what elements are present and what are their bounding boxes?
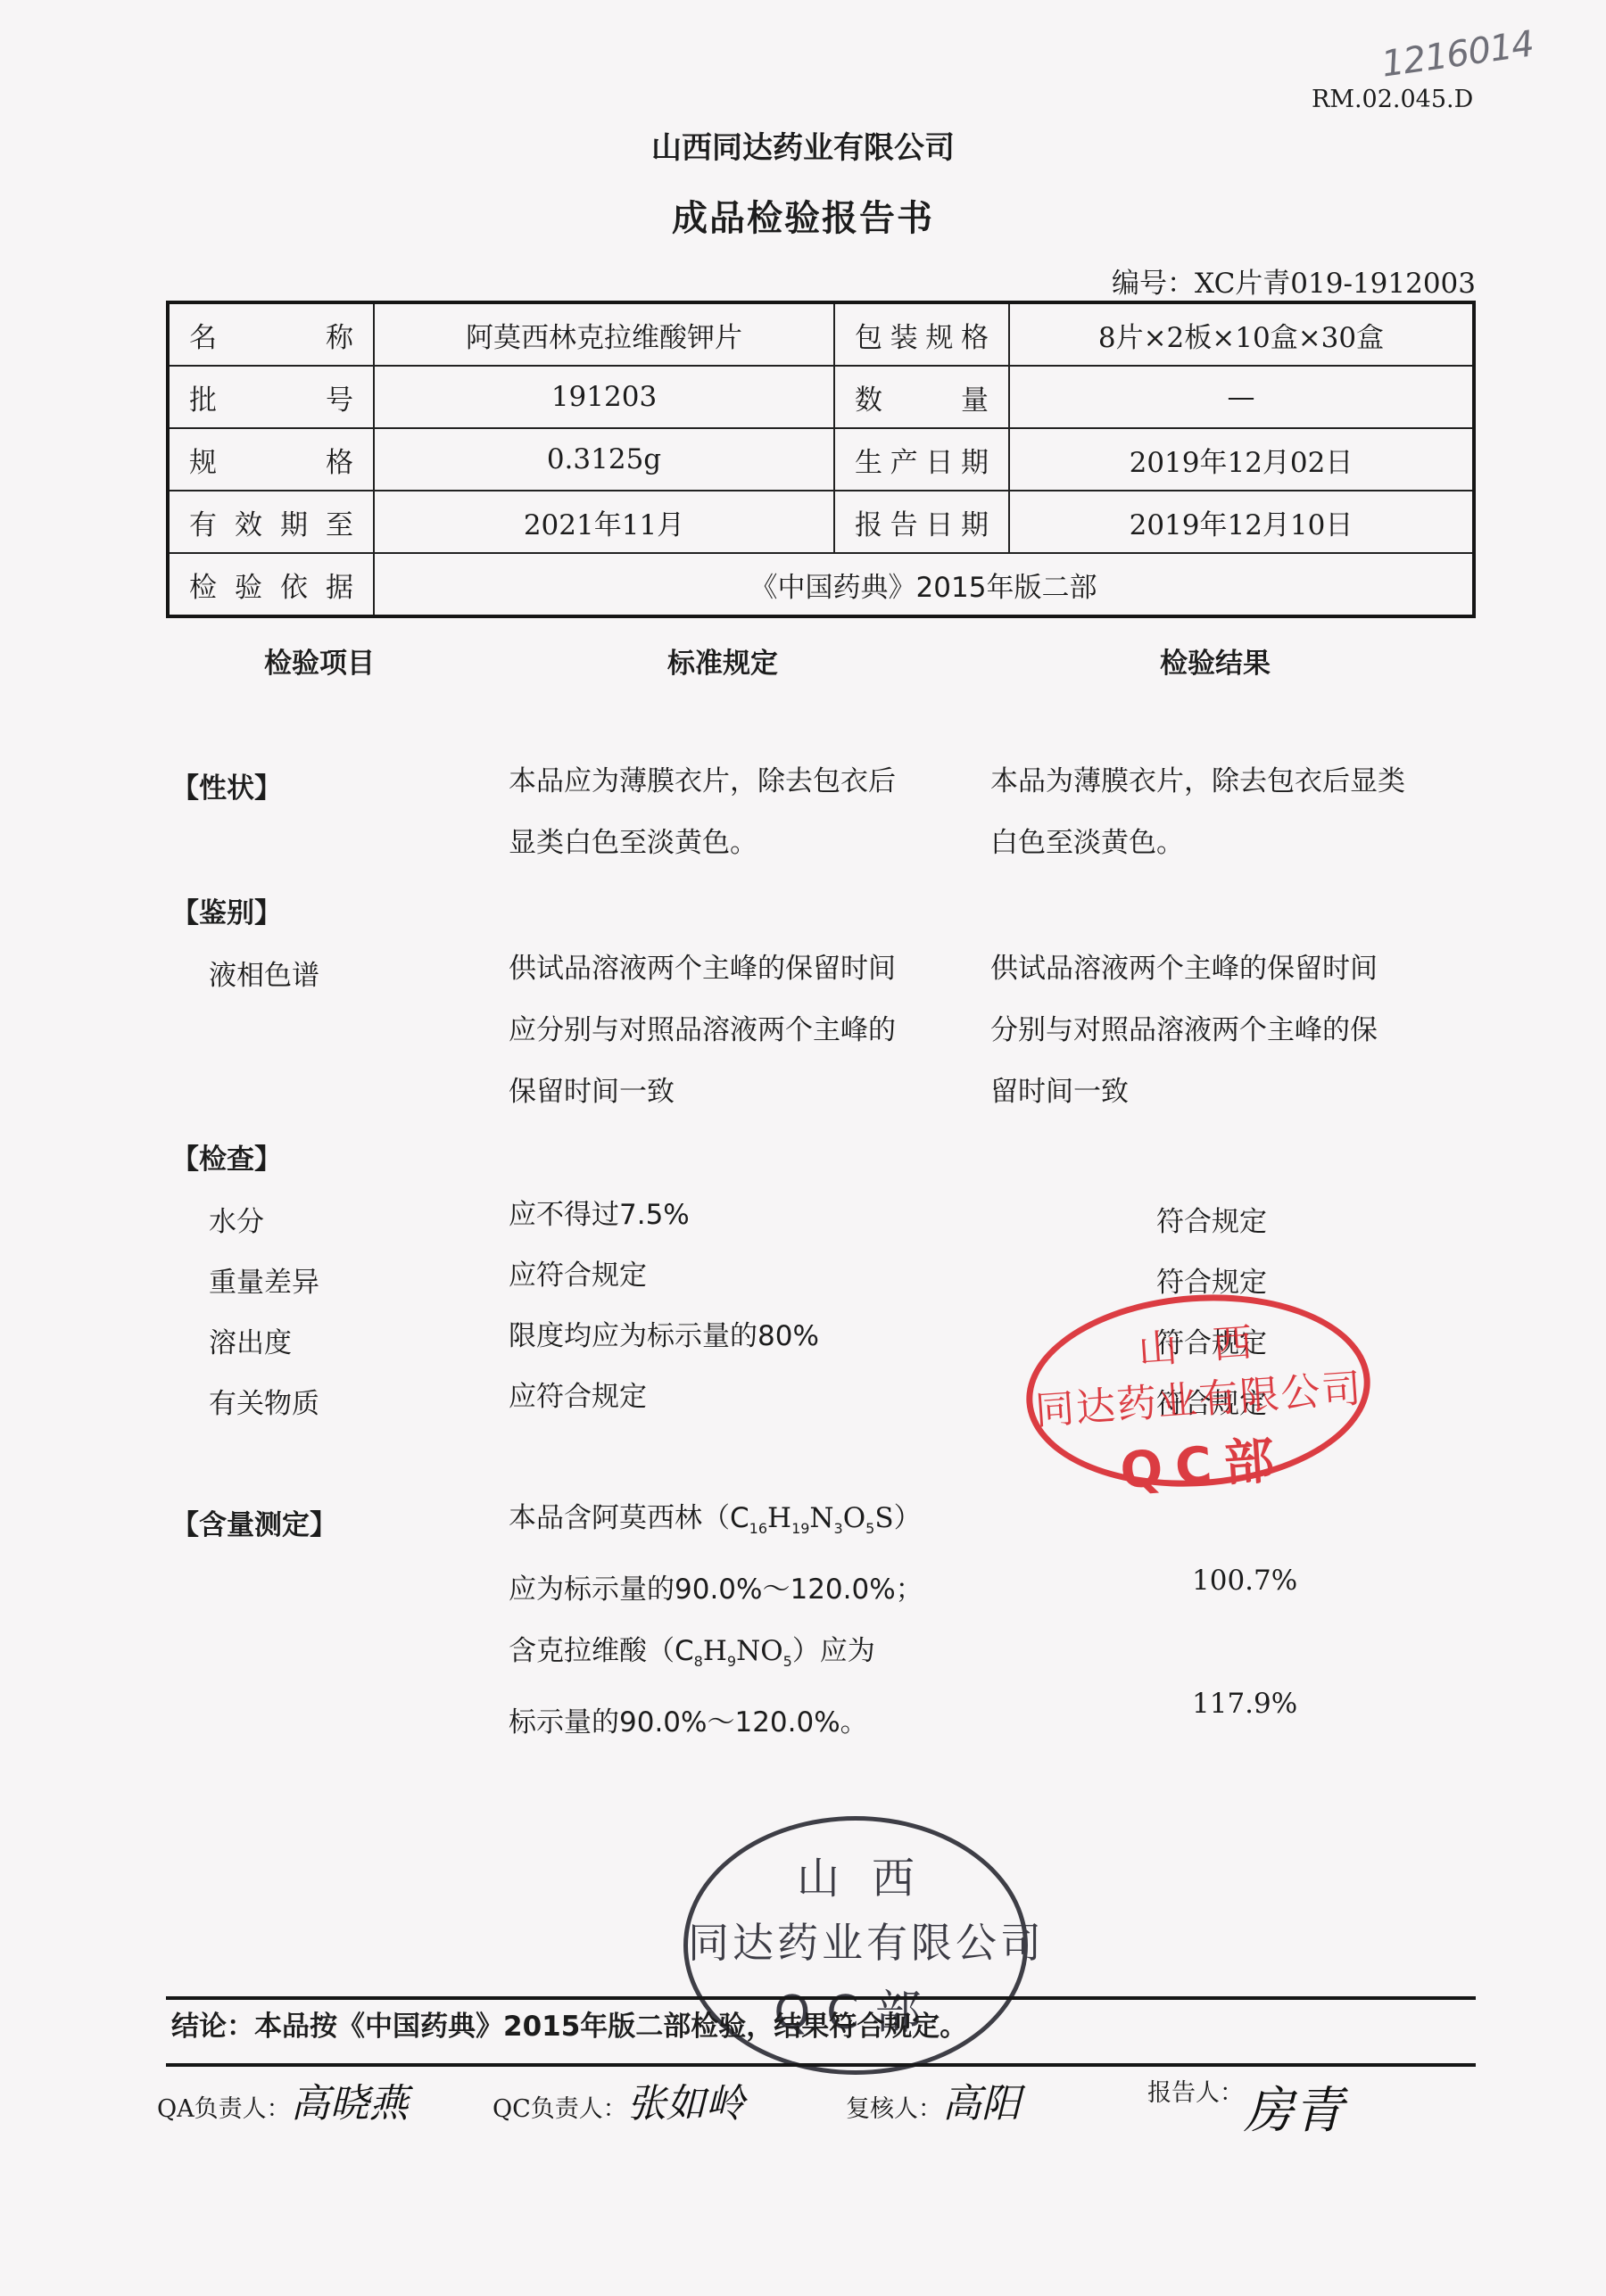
label-expiry: 有效期至 (168, 491, 374, 553)
label-batch: 批号 (168, 366, 374, 428)
test-item-name: 溶出度 (209, 1320, 292, 1360)
handwritten-number: 1216014 (1379, 23, 1536, 85)
column-header-item: 检验项目 (264, 640, 375, 681)
appearance-standard: 本品应为薄膜衣片，除去包衣后 显类白色至淡黄色。 (509, 751, 973, 874)
info-row: 有效期至 2021年11月 报告日期 2019年12月10日 (168, 491, 1474, 553)
result-line: 白色至淡黄色。 (990, 813, 1472, 874)
standard-line: 本品应为薄膜衣片，除去包衣后 (509, 751, 973, 813)
formula-sub: 3 (834, 1520, 843, 1537)
section-tests-title: 【检查】 (171, 1136, 282, 1177)
section-appearance-title: 【性状】 (171, 765, 282, 805)
divider-bottom (166, 2063, 1476, 2067)
assay-text: 本品含阿莫西林（C (509, 1502, 749, 1534)
reviewer-signature-block: 复核人：高阳 (846, 2071, 1021, 2128)
form-code: RM.02.045.D (1312, 86, 1473, 113)
reviewer-signature: 高阳 (942, 2081, 1021, 2127)
section-assay-title: 【含量测定】 (171, 1502, 337, 1542)
label-quantity: 数量 (834, 366, 1009, 428)
info-row: 检验依据 《中国药典》2015年版二部 (168, 553, 1474, 616)
assay-standard: 本品含阿莫西林（C16H19N3O5S） 应为标示量的90.0%～120.0%；… (509, 1488, 1008, 1754)
label-basis: 检验依据 (168, 553, 374, 616)
value-package: 8片×2板×10盒×30盒 (1009, 302, 1474, 366)
value-batch: 191203 (374, 366, 834, 428)
reporter-signature-block: 报告人：房青 (1147, 2071, 1344, 2143)
value-expiry: 2021年11月 (374, 491, 834, 553)
qa-label: QA负责人： (157, 2095, 291, 2123)
qa-signature: 高晓燕 (291, 2081, 409, 2127)
identification-standard: 供试品溶液两个主峰的保留时间 应分别与对照品溶液两个主峰的 保留时间一致 (509, 938, 973, 1123)
section-identification-title: 【鉴别】 (171, 890, 282, 930)
result-line: 本品为薄膜衣片，除去包衣后显类 (990, 751, 1472, 813)
value-name: 阿莫西林克拉维酸钾片 (374, 302, 834, 366)
test-item-standard: 限度均应为标示量的80% (509, 1306, 973, 1367)
test-item-name: 重量差异 (209, 1259, 319, 1300)
label-name: 名称 (168, 302, 374, 366)
formula-sub: 5 (783, 1653, 792, 1670)
appearance-result: 本品为薄膜衣片，除去包衣后显类 白色至淡黄色。 (990, 751, 1472, 874)
standard-line: 显类白色至淡黄色。 (509, 813, 973, 874)
test-item-standard: 应符合规定 (509, 1245, 973, 1307)
doc-no-value: XC片青019-1912003 (1195, 268, 1476, 300)
assay-line: 标示量的90.0%～120.0%。 (509, 1692, 1008, 1754)
assay-line: 应为标示量的90.0%～120.0%； (509, 1559, 1008, 1621)
test-item-name: 水分 (209, 1199, 264, 1239)
formula-sub: 9 (727, 1653, 736, 1670)
red-qc-stamp: 山西 同达药业有限公司 QC部 (1020, 1284, 1377, 1498)
standard-line: 保留时间一致 (509, 1061, 973, 1123)
reporter-label: 报告人： (1147, 2079, 1244, 2107)
label-spec: 规格 (168, 428, 374, 491)
label-report-date: 报告日期 (834, 491, 1009, 553)
result-line: 供试品溶液两个主峰的保留时间 (990, 938, 1472, 1000)
assay-line-amoxicillin: 本品含阿莫西林（C16H19N3O5S） (509, 1488, 1008, 1559)
value-basis: 《中国药典》2015年版二部 (374, 553, 1474, 616)
qc-signature-block: QC负责人：张如岭 (493, 2071, 745, 2128)
identification-item: 液相色谱 (209, 953, 319, 993)
info-row: 规格 0.3125g 生产日期 2019年12月02日 (168, 428, 1474, 491)
formula-sub: 8 (694, 1653, 703, 1670)
formula-sub: 16 (749, 1520, 767, 1537)
identification-result: 供试品溶液两个主峰的保留时间 分别与对照品溶液两个主峰的保 留时间一致 (990, 938, 1472, 1123)
label-package: 包装规格 (834, 302, 1009, 366)
standard-line: 供试品溶液两个主峰的保留时间 (509, 938, 973, 1000)
test-item-name: 有关物质 (209, 1381, 319, 1421)
test-item-result: 符合规定 (1156, 1199, 1267, 1239)
assay-text: ）应为 (792, 1635, 875, 1667)
reporter-signature: 房青 (1244, 2082, 1344, 2140)
stamp-line: 山西 (688, 1844, 1023, 1905)
value-report-date: 2019年12月10日 (1009, 491, 1474, 553)
label-production-date: 生产日期 (834, 428, 1009, 491)
conclusion: 结论：本品按《中国药典》2015年版二部检验，结果符合规定。 (171, 2003, 967, 2044)
qc-signature: 张如岭 (627, 2081, 745, 2127)
result-line: 留时间一致 (990, 1061, 1472, 1123)
value-production-date: 2019年12月02日 (1009, 428, 1474, 491)
assay-result-amoxicillin: 100.7% (1192, 1565, 1297, 1597)
assay-text: 含克拉维酸（C (509, 1635, 694, 1667)
divider-top (166, 1996, 1476, 2000)
assay-line-clavulanate: 含克拉维酸（C8H9NO5）应为 (509, 1621, 1008, 1692)
column-header-result: 检验结果 (1160, 640, 1271, 681)
qa-signature-block: QA负责人：高晓燕 (157, 2071, 409, 2128)
formula-sub: 5 (865, 1520, 874, 1537)
qc-label: QC负责人： (493, 2095, 627, 2123)
standard-line: 应分别与对照品溶液两个主峰的 (509, 1000, 973, 1061)
assay-result-clavulanate: 117.9% (1192, 1688, 1297, 1720)
value-spec: 0.3125g (374, 428, 834, 491)
test-item-standard: 应符合规定 (509, 1367, 973, 1428)
value-quantity: — (1009, 366, 1474, 428)
result-line: 分别与对照品溶液两个主峰的保 (990, 1000, 1472, 1061)
info-row: 批号 191203 数量 — (168, 366, 1474, 428)
formula-sub: 19 (791, 1520, 809, 1537)
product-info-table: 名称 阿莫西林克拉维酸钾片 包装规格 8片×2板×10盒×30盒 批号 1912… (166, 301, 1476, 618)
column-header-standard: 标准规定 (667, 640, 778, 681)
stamp-line: 同达药业有限公司 (688, 1911, 1023, 1970)
company-name: 山西同达药业有限公司 (0, 123, 1606, 167)
test-item-standard: 应不得过7.5% (509, 1185, 973, 1246)
reviewer-label: 复核人： (846, 2095, 942, 2123)
info-row: 名称 阿莫西林克拉维酸钾片 包装规格 8片×2板×10盒×30盒 (168, 302, 1474, 366)
doc-no-label: 编号： (1112, 268, 1195, 300)
document-number: 编号：XC片青019-1912003 (1112, 260, 1476, 301)
document-title: 成品检验报告书 (0, 190, 1606, 241)
test-item-result: 符合规定 (1156, 1259, 1267, 1300)
